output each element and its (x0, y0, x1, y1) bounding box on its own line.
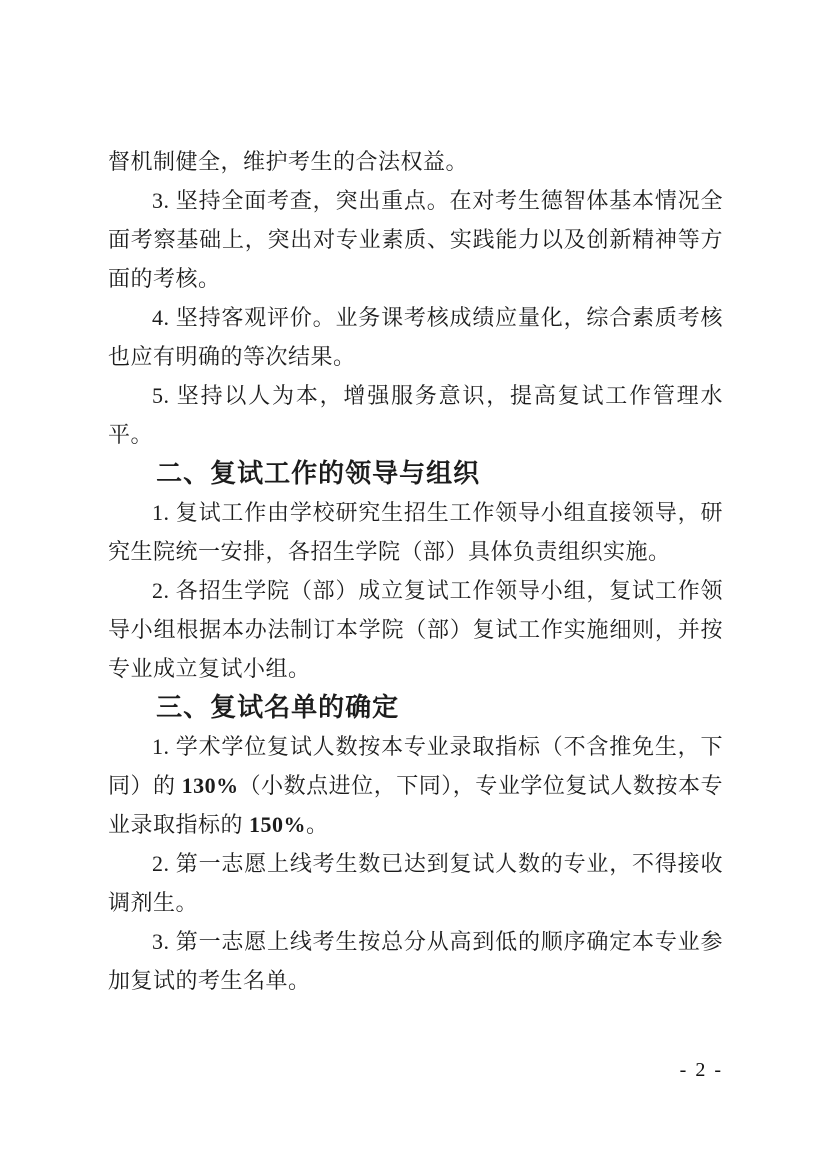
paragraph-principle-3: 3. 坚持全面考查，突出重点。在对考生德智体基本情况全面考察基础上，突出对专业素… (108, 181, 723, 298)
paragraph-shortlist-2: 2. 第一志愿上线考生数已达到复试人数的专业，不得接收调剂生。 (108, 844, 723, 922)
paragraph-principle-5: 5. 坚持以人为本，增强服务意识，提高复试工作管理水平。 (108, 376, 723, 454)
paragraph-principle-4: 4. 坚持客观评价。业务课考核成绩应量化，综合素质考核也应有明确的等次结果。 (108, 298, 723, 376)
paragraph-quota-ratios: 1. 学术学位复试人数按本专业录取指标（不含推免生，下同）的 130%（小数点进… (108, 727, 723, 844)
page-number: - 2 - (680, 1058, 723, 1082)
paragraph-continuation: 督机制健全，维护考生的合法权益。 (108, 142, 723, 181)
quota-ratio-academic: 130% (182, 773, 239, 798)
paragraph-leadership-1: 1. 复试工作由学校研究生招生工作领导小组直接领导，研究生院统一安排，各招生学院… (108, 493, 723, 571)
paragraph-leadership-2: 2. 各招生学院（部）成立复试工作领导小组，复试工作领导小组根据本办法制订本学院… (108, 571, 723, 688)
document-page: 督机制健全，维护考生的合法权益。 3. 坚持全面考查，突出重点。在对考生德智体基… (0, 0, 827, 1169)
document-content: 督机制健全，维护考生的合法权益。 3. 坚持全面考查，突出重点。在对考生德智体基… (108, 142, 723, 1000)
quota-text-3: 。 (306, 812, 329, 837)
paragraph-shortlist-3: 3. 第一志愿上线考生按总分从高到低的顺序确定本专业参加复试的考生名单。 (108, 922, 723, 1000)
quota-ratio-professional: 150% (249, 812, 306, 837)
section-heading-shortlist: 三、复试名单的确定 (108, 688, 723, 727)
section-heading-leadership: 二、复试工作的领导与组织 (108, 454, 723, 493)
